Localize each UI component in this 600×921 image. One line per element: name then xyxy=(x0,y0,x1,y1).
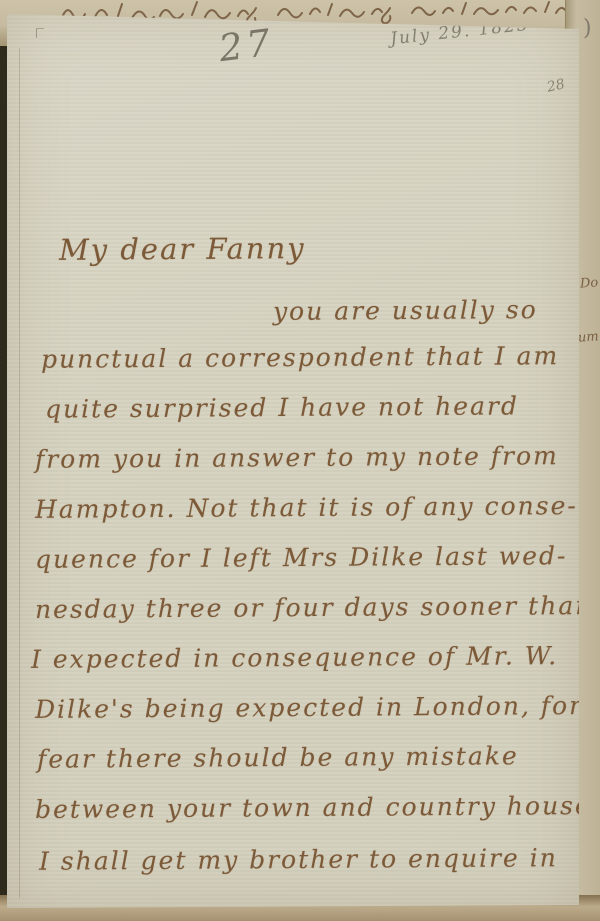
letter-line: you are usually so xyxy=(273,295,538,326)
letter-line: I expected in consequence of Mr. W. xyxy=(31,641,558,674)
letter-line: from you in answer to my note from xyxy=(35,441,559,474)
bleed-through-text-fragment: Do xyxy=(579,275,598,291)
manuscript-scan: Do um ) 27 July 29. 1823 28 My dear Fann… xyxy=(0,0,600,921)
letter-line: quence for I left Mrs Dilke last wed- xyxy=(35,541,568,574)
letter-line: punctual a correspondent that I am xyxy=(41,341,559,374)
letter-line: I shall get my brother to enquire in xyxy=(39,843,558,876)
letter-line: Hampton. Not that it is of any conse- xyxy=(35,491,578,524)
letter-line: Dilke's being expected in London, for xyxy=(35,691,583,724)
page-fold-line xyxy=(19,48,20,898)
letter-line: fear there should be any mistake xyxy=(37,741,519,773)
pencil-folio-number: 28 xyxy=(546,76,567,95)
letter-line: between your town and country house xyxy=(35,791,592,824)
letter-salutation: My dear Fanny xyxy=(59,231,306,267)
pencil-parenthesis-mark: ) xyxy=(583,16,592,41)
letter-line: nesday three or four days sooner than xyxy=(35,591,593,624)
bleed-through-text-fragment: um xyxy=(578,329,600,345)
letter-line: quite surprised I have not heard xyxy=(45,391,519,423)
pencil-tick-mark xyxy=(36,28,44,38)
letter-page: 27 July 29. 1823 28 My dear Fanny you ar… xyxy=(7,8,579,914)
pencil-page-number: 27 xyxy=(217,21,277,70)
